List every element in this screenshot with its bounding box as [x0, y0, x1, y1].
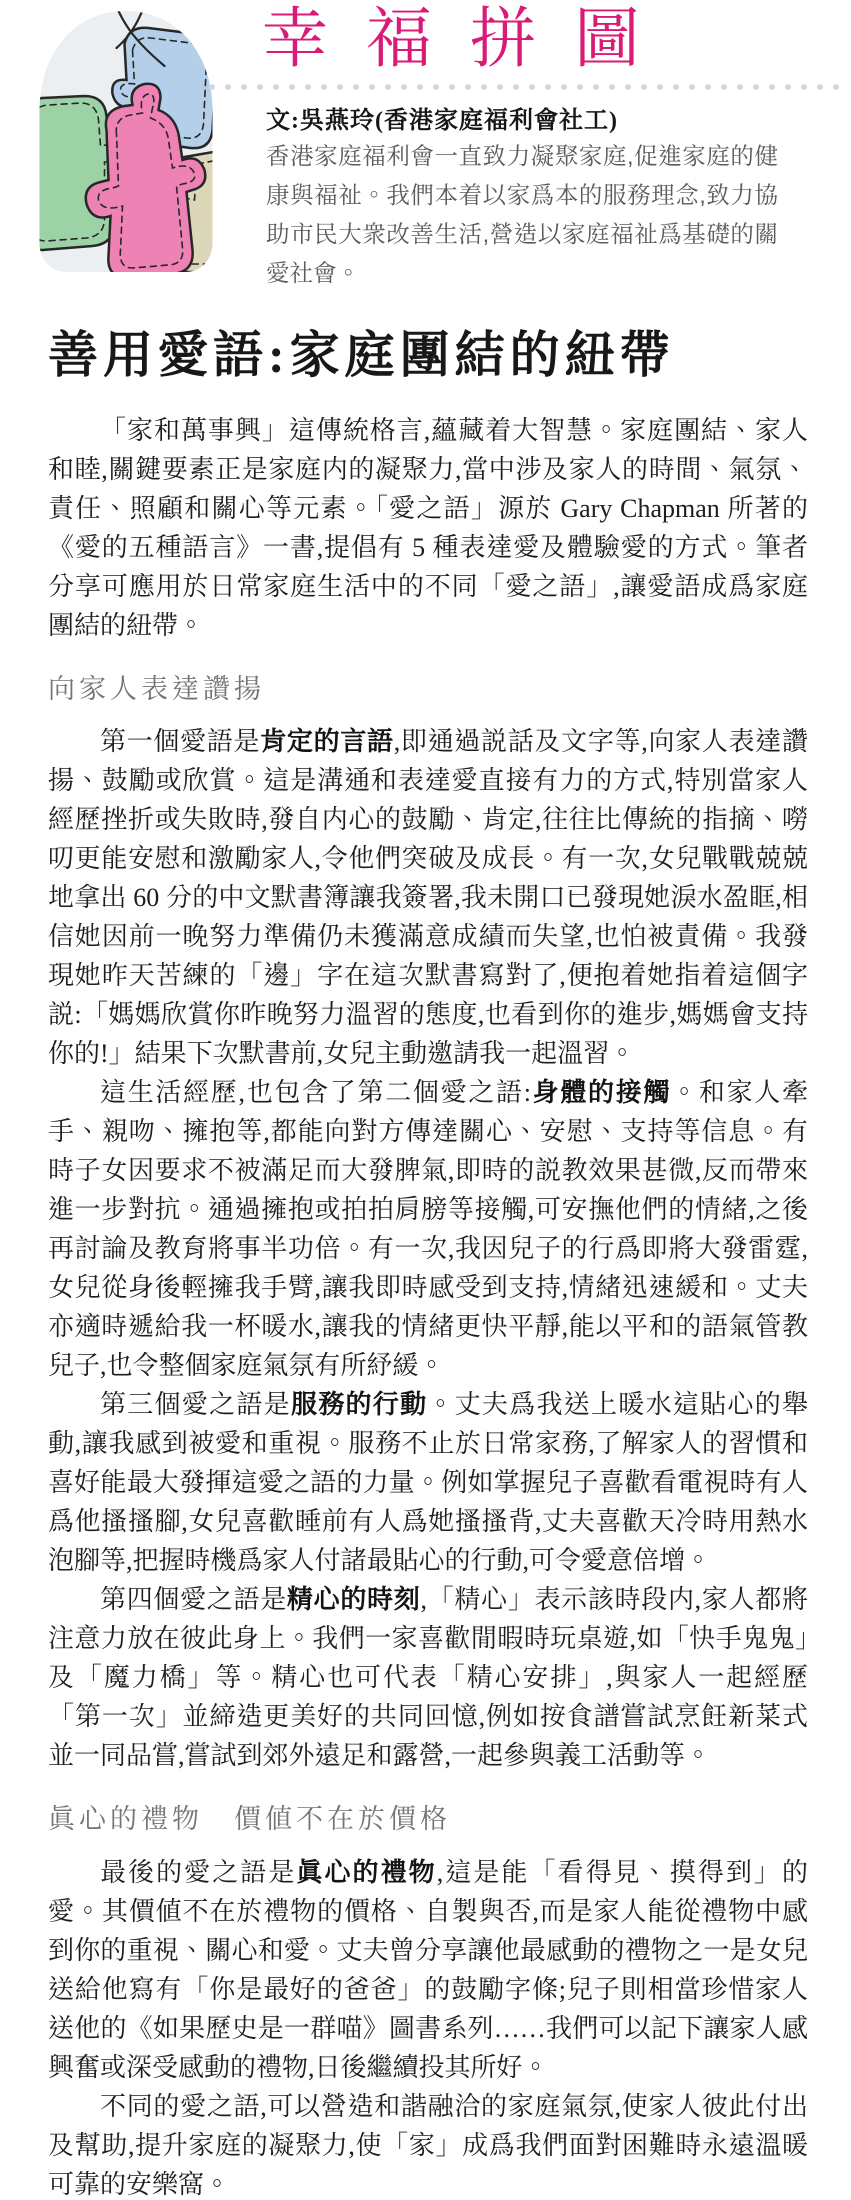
love-language-keyword: 身體的接觸 [531, 1077, 671, 1107]
paragraph-text: 第一個愛語是 [100, 727, 260, 756]
paragraph-text: 最後的愛之語是 [100, 1858, 296, 1887]
puzzle-illustration [28, 0, 224, 272]
dotted-divider [204, 82, 843, 92]
paragraph-text: 。和家人牽手、親吻、擁抱等,都能向對方傳達關心、安慰、支持等信息。有時子女因要求… [48, 1078, 808, 1380]
paragraph-text: 第三個愛之語是 [100, 1390, 291, 1419]
paragraph: 「家和萬事興」這傳統格言,蘊藏着大智慧。家庭團結、家人和睦,關鍵要素正是家庭内的… [48, 411, 808, 645]
paragraph-text: ,即通過説話及文字等,向家人表達讚揚、鼓勵或欣賞。這是溝通和表達愛直接有力的方式… [48, 727, 808, 1068]
article-headline: 善用愛語:家庭團結的紐帶 [48, 324, 808, 387]
masthead-intro: 香港家庭福利會一直致力凝聚家庭,促進家庭的健康與福祉。我們本着以家爲本的服務理念… [266, 137, 778, 293]
love-language-keyword: 眞心的禮物 [296, 1857, 436, 1887]
paragraph-text: ,這是能「看得見、摸得到」的愛。其價値不在於禮物的價格、自製與否,而是家人能從禮… [48, 1858, 808, 2082]
love-language-keyword: 肯定的言語 [260, 726, 394, 756]
column-title: 幸福拼圖 [262, 2, 678, 75]
paragraph-text: 第四個愛之語是 [100, 1585, 287, 1614]
magazine-page: 幸福拼圖 文:吳燕玲(香港家庭福利會社工) 香港家庭福利會一直致力凝聚家庭,促進… [0, 0, 851, 2200]
paragraph: 不同的愛之語,可以營造和諧融洽的家庭氣氛,使家人彼此付出及幫助,提升家庭的凝聚力… [48, 2087, 808, 2200]
paragraph-text: 不同的愛之語,可以營造和諧融洽的家庭氣氛,使家人彼此付出及幫助,提升家庭的凝聚力… [48, 2092, 808, 2199]
paragraph: 第三個愛之語是服務的行動。丈夫爲我送上暖水這貼心的舉動,讓我感到被愛和重視。服務… [48, 1385, 808, 1580]
love-language-keyword: 精心的時刻 [287, 1584, 421, 1614]
paragraph-text: 「家和萬事興」這傳統格言,蘊藏着大智慧。家庭團結、家人和睦,關鍵要素正是家庭内的… [48, 416, 808, 640]
section-heading-praise: 向家人表達讚揚 [48, 673, 808, 707]
article-body: 善用愛語:家庭團結的紐帶 「家和萬事興」這傳統格言,蘊藏着大智慧。家庭團結、家人… [48, 324, 808, 2200]
paragraph: 第一個愛語是肯定的言語,即通過説話及文字等,向家人表達讚揚、鼓勵或欣賞。這是溝通… [48, 722, 808, 1073]
paragraph-text: 這生活經歷,也包含了第二個愛之語: [100, 1078, 531, 1107]
section-heading-gift: 眞心的禮物 價値不在於價格 [48, 1803, 808, 1837]
paragraph: 第四個愛之語是精心的時刻,「精心」表示該時段内,家人都將注意力放在彼此身上。我們… [48, 1580, 808, 1775]
byline: 文:吳燕玲(香港家庭福利會社工) [266, 100, 618, 135]
paragraph: 這生活經歷,也包含了第二個愛之語:身體的接觸。和家人牽手、親吻、擁抱等,都能向對… [48, 1073, 808, 1385]
paragraph: 最後的愛之語是眞心的禮物,這是能「看得見、摸得到」的愛。其價値不在於禮物的價格、… [48, 1853, 808, 2087]
love-language-keyword: 服務的行動 [291, 1389, 427, 1419]
